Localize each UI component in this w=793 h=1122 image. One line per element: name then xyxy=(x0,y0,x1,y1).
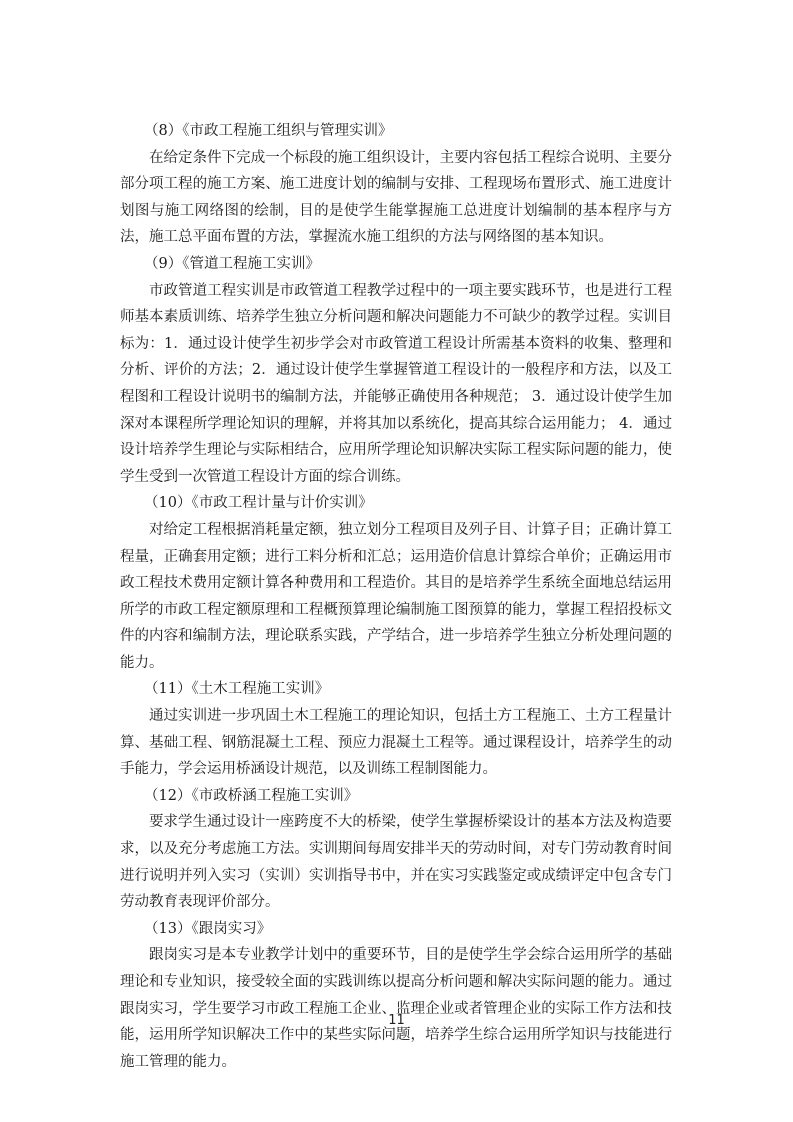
section-heading: （8）《市政工程施工组织与管理实训》 xyxy=(120,118,672,145)
section-heading: （12）《市政桥涵工程施工实训》 xyxy=(120,783,672,810)
section-heading: （13）《跟岗实习》 xyxy=(120,916,672,943)
section-body: 市政管道工程实训是市政管道工程教学过程中的一项主要实践环节，也是进行工程师基本素… xyxy=(120,278,672,491)
document-page: （8）《市政工程施工组织与管理实训》 在给定条件下完成一个标段的施工组织设计，主… xyxy=(120,118,672,1075)
section-8: （8）《市政工程施工组织与管理实训》 在给定条件下完成一个标段的施工组织设计，主… xyxy=(120,118,672,251)
section-heading: （10）《市政工程计量与计价实训》 xyxy=(120,490,672,517)
section-11: （11）《土木工程施工实训》 通过实训进一步巩固土木工程施工的理论知识，包括土方… xyxy=(120,676,672,782)
section-10: （10）《市政工程计量与计价实训》 对给定工程根据消耗量定额，独立划分工程项目及… xyxy=(120,490,672,676)
section-heading: （11）《土木工程施工实训》 xyxy=(120,676,672,703)
section-heading: （9）《管道工程施工实训》 xyxy=(120,251,672,278)
page-number: 11 xyxy=(0,1013,793,1028)
section-13: （13）《跟岗实习》 跟岗实习是本专业教学计划中的重要环节，目的是使学生学会综合… xyxy=(120,916,672,1076)
section-9: （9）《管道工程施工实训》 市政管道工程实训是市政管道工程教学过程中的一项主要实… xyxy=(120,251,672,490)
section-body: 通过实训进一步巩固土木工程施工的理论知识，包括土方工程施工、土方工程量计算、基础… xyxy=(120,703,672,783)
section-12: （12）《市政桥涵工程施工实训》 要求学生通过设计一座跨度不大的桥梁，使学生掌握… xyxy=(120,783,672,916)
section-body: 对给定工程根据消耗量定额，独立划分工程项目及列子目、计算子目；正确计算工程量，正… xyxy=(120,517,672,677)
section-body: 要求学生通过设计一座跨度不大的桥梁，使学生掌握桥梁设计的基本方法及构造要求，以及… xyxy=(120,809,672,915)
section-body: 跟岗实习是本专业教学计划中的重要环节，目的是使学生学会综合运用所学的基础理论和专… xyxy=(120,942,672,1075)
section-body: 在给定条件下完成一个标段的施工组织设计，主要内容包括工程综合说明、主要分部分项工… xyxy=(120,145,672,251)
